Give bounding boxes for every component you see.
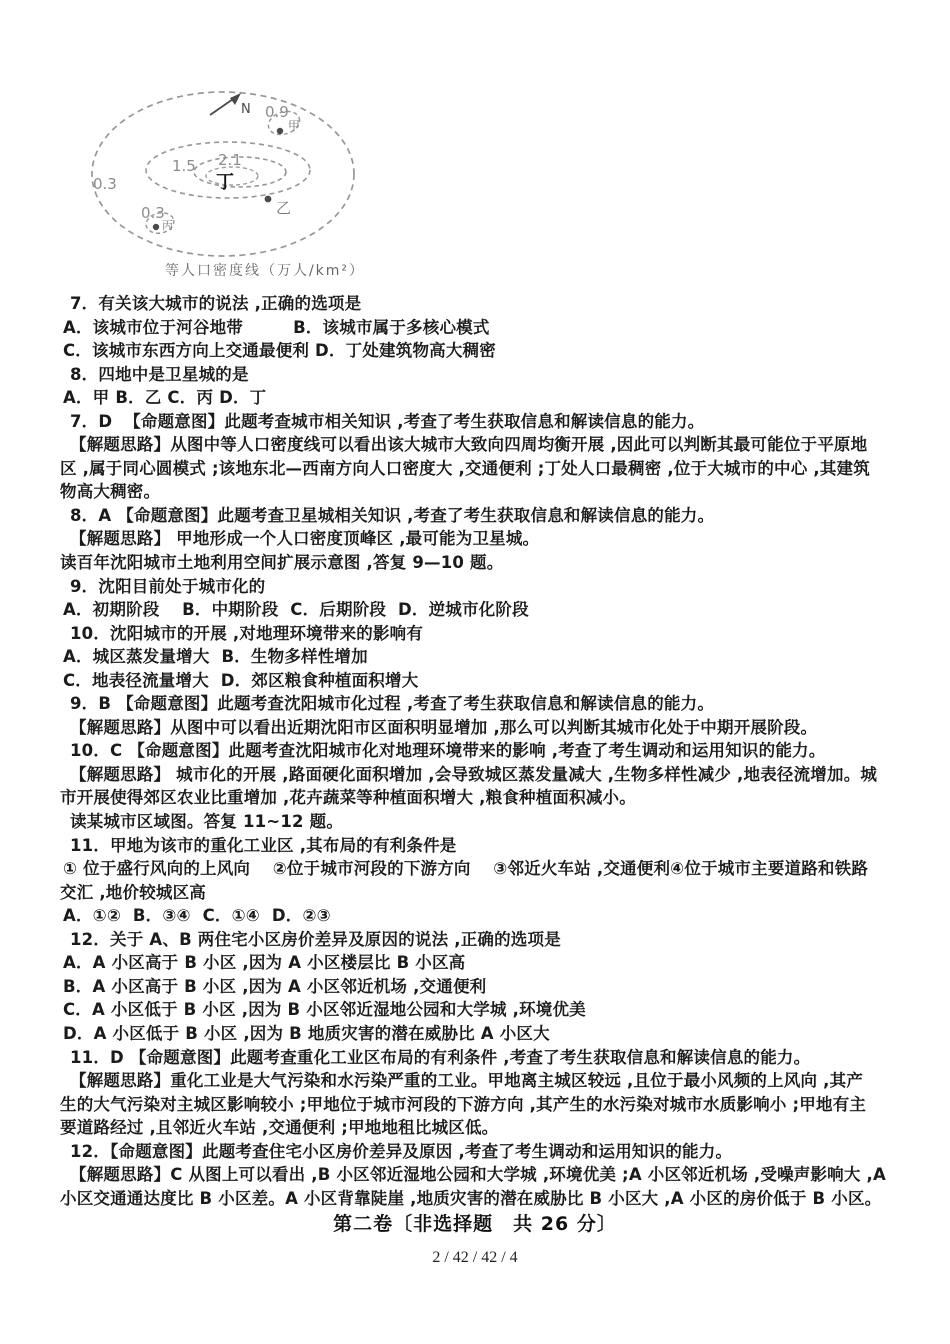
text-line: 10．沈阳城市的开展 ,对地理环境带来的影响有	[60, 622, 894, 646]
north-label: N	[241, 102, 251, 117]
point-bing-label: 丙	[162, 219, 173, 232]
text-line: A．城区蒸发量增大 B．生物多样性增加	[60, 645, 894, 669]
text-line: 交汇 ,地价较城区高	[60, 881, 894, 905]
text-line: 【解题思路】从图中可以看出近期沈阳市区面积明显增加 ,那么可以判断其城市化处于中…	[60, 716, 894, 740]
text-line: A．A 小区高于 B 小区 ,因为 A 小区楼层比 B 小区高	[60, 951, 894, 975]
text-line: D．A 小区低于 B 小区 ,因为 B 地质灾害的潜在威胁比 A 小区大	[60, 1022, 894, 1046]
text-line: 要道路经过 ,且邻近火车站 ,交通便利 ;甲地地租比城区低。	[60, 1116, 894, 1140]
text-line: 10．C 【命题意图】此题考查沈阳城市化对地理环境带来的影响 ,考查了考生调动和…	[60, 739, 894, 763]
text-line: C．A 小区低于 B 小区 ,因为 B 小区邻近湿地公园和大学城 ,环境优美	[60, 998, 894, 1022]
text-line: A．甲 B．乙 C．丙 D．丁	[60, 386, 894, 410]
text-line: 7．有关该大城市的说法 ,正确的选项是	[60, 292, 894, 316]
text-line: 8．A 【命题意图】此题考查卫星城相关知识 ,考查了考生获取信息和解读信息的能力…	[60, 504, 894, 528]
text-line: 市开展使得郊区农业比重增加 ,花卉蔬菜等种植面积增大 ,粮食种植面积减小。	[60, 786, 894, 810]
document-page: N 0.3 1.5 2.1 0.9 0.3 甲 乙 丙 丁 等人口密度线（万人/…	[0, 0, 950, 1344]
text-line: 【解题思路】从图中等人口密度线可以看出该大城市大致向四周均衡开展 ,因此可以判断…	[60, 433, 894, 457]
text-line: 12．关于 A、B 两住宅小区房价差异及原因的说法 ,正确的选项是	[60, 928, 894, 952]
text-line: 物高大稠密。	[60, 480, 894, 504]
text-line: 区 ,属于同心圆模式 ;该地东北—西南方向人口密度大 ,交通便利 ;丁处人口最稠…	[60, 457, 894, 481]
text-line: 读某城市区域图。答复 11~12 题。	[60, 810, 894, 834]
text-line: A．初期阶段 B．中期阶段 C．后期阶段 D．逆城市化阶段	[60, 598, 894, 622]
contour-value-jia: 0.9	[265, 103, 289, 121]
text-line: 11．甲地为该市的重化工业区 ,其布局的有利条件是	[60, 834, 894, 858]
text-line: C．地表径流量增大 D．郊区粮食种植面积增大	[60, 669, 894, 693]
point-ding-label: 丁	[216, 172, 234, 193]
text-line: 7．D 【命题意图】此题考查城市相关知识 ,考查了考生获取信息和解读信息的能力。	[60, 410, 894, 434]
text-line: 生的大气污染对主城区影响较小 ;甲地位于城市河段的下游方向 ,其产生的水污染对城…	[60, 1093, 894, 1117]
contour-value-inner: 2.1	[218, 151, 242, 169]
text-line: ① 位于盛行风向的上风向 ②位于城市河段的下游方向 ③邻近火车站 ,交通便利④位…	[60, 857, 894, 881]
diagram-caption: 等人口密度线（万人/km²）	[165, 262, 365, 279]
text-line: 【解题思路】C 从图上可以看出 ,B 小区邻近湿地公园和大学城 ,环境优美 ;A…	[60, 1163, 894, 1187]
text-line: 读百年沈阳城市土地利用空间扩展示意图 ,答复 9—10 题。	[60, 551, 894, 575]
text-line: 8．四地中是卫星城的是	[60, 363, 894, 387]
text-line: 11．D 【命题意图】此题考查重化工业区布局的有利条件 ,考查了考生获取信息和解…	[60, 1046, 894, 1070]
contour-value-middle: 1.5	[172, 157, 196, 175]
text-line: 9．B 【命题意图】此题考查沈阳城市化过程 ,考查了考生获取信息和解读信息的能力…	[60, 692, 894, 716]
point-jia-dot	[277, 128, 283, 134]
point-yi-label: 乙	[276, 199, 291, 217]
contour-value-outer: 0.3	[93, 175, 117, 193]
text-line: A．该城市位于河谷地带 B．该城市属于多核心模式	[60, 316, 894, 340]
population-density-diagram: N 0.3 1.5 2.1 0.9 0.3 甲 乙 丙 丁 等人口密度线（万人/…	[60, 84, 440, 289]
point-jia-label: 甲	[288, 119, 300, 133]
text-line: 12．【命题意图】此题考查住宅小区房价差异及原因 ,考查了考生调动和运用知识的能…	[60, 1140, 894, 1164]
text-line: 【解题思路】 甲地形成一个人口密度顶峰区 ,最可能为卫星城。	[60, 527, 894, 551]
text-line: 【解题思路】 城市化的开展 ,路面硬化面积增加 ,会导致城区蒸发量减大 ,生物多…	[60, 763, 894, 787]
north-arrow-head-icon	[230, 93, 241, 105]
text-line: C．该城市东西方向上交通最便利 D．丁处建筑物高大稠密	[60, 339, 894, 363]
text-line: A．①② B．③④ C．①④ D．②③	[60, 904, 894, 928]
text-line: 【解题思路】重化工业是大气污染和水污染严重的工业。甲地离主城区较远 ,且位于最小…	[60, 1069, 894, 1093]
point-bing-dot	[153, 224, 159, 230]
point-yi-dot	[265, 196, 272, 203]
page-number: 2 / 42 / 42 / 4	[0, 1249, 950, 1267]
text-line: B．A 小区高于 B 小区 ,因为 A 小区邻近机场 ,交通便利	[60, 975, 894, 999]
text-line: 小区交通通达度比 B 小区差。A 小区背靠陡崖 ,地质灾害的潜在威胁比 B 小区…	[60, 1187, 894, 1211]
document-body: 7．有关该大城市的说法 ,正确的选项是A．该城市位于河谷地带 B．该城市属于多核…	[60, 292, 894, 1210]
section-title: 第二卷〔非选择题 共 26 分〕	[0, 1209, 950, 1236]
text-line: 9．沈阳目前处于城市化的	[60, 575, 894, 599]
